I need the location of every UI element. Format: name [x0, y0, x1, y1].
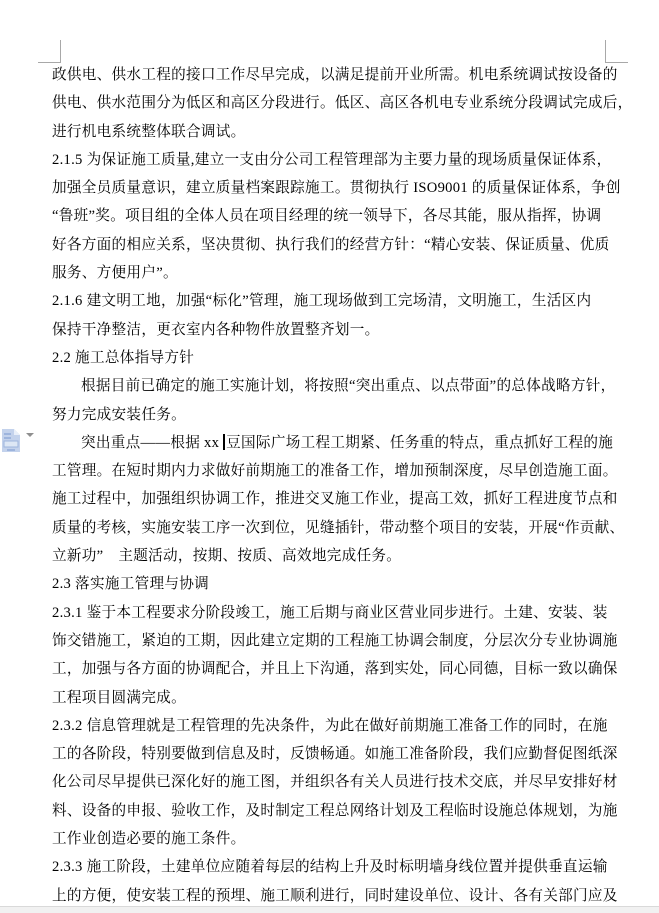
text-line: 施工过程中，加强组织协调工作，推进交叉施工作业，提高工效，抓好工程进度节点和: [52, 485, 614, 513]
text-line: 料、设备的申报、验收工作，及时制定工程总网络计划及工程临时设施总体规划，为施: [52, 797, 614, 825]
margin-crop-mark-right: [605, 40, 628, 63]
text-line: 努力完成安装任务。: [52, 401, 614, 429]
text-cursor: [223, 434, 225, 450]
text-line: 立新功” 主题活动，按期、按质、高效地完成任务。: [52, 542, 614, 570]
document-text-area[interactable]: 政供电、供水工程的接口工作尽早完成，以满足提前开业所需。机电系统调试按设备的 供…: [52, 61, 614, 910]
horizontal-scrollbar[interactable]: [0, 906, 659, 913]
text-line: 工管理。在短时期内力求做好前期施工的准备工作，增加预制深度，尽早创造施工面。: [52, 457, 614, 485]
text-line: 化公司尽早提供已深化好的施工图，并组织各有关人员进行技术交底，并尽早安排好材: [52, 768, 614, 796]
text-line: 工，加强与各方面的协调配合，并且上下沟通，落到实处，同心同德，目标一致以确保: [52, 655, 614, 683]
text-line: 政供电、供水工程的接口工作尽早完成，以满足提前开业所需。机电系统调试按设备的: [52, 61, 614, 89]
paste-options-widget[interactable]: [1, 428, 37, 454]
margin-crop-mark-left: [38, 40, 61, 63]
text-line: 加强全员质量意识，建立质量档案跟踪施工。贯彻执行 ISO9001 的质量保证体系…: [52, 174, 614, 202]
document-with-lines-icon: [1, 428, 23, 454]
text-line: 进行机电系统整体联合调试。: [52, 118, 614, 146]
text-line: 饰交错施工，紧迫的工期，因此建立定期的工程施工协调会制度，分层次分专业协调施: [52, 627, 614, 655]
text-line: 2.3.3 施工阶段，土建单位应随着每层的结构上升及时标明墙身线位置并提供垂直运…: [52, 853, 614, 881]
text-line: 好各方面的相应关系，坚决贯彻、执行我们的经营方针：“精心安装、保证质量、优质: [52, 231, 614, 259]
text-before-cursor: 突出重点——根据 xx: [81, 435, 223, 451]
text-line: 2.3.1 鉴于本工程要求分阶段竣工，施工后期与商业区营业同步进行。土建、安装、…: [52, 599, 614, 627]
text-line: 工程项目圆满完成。: [52, 684, 614, 712]
text-line: 根据目前已确定的施工实施计划，将按照“突出重点、以点带面”的总体战略方针，: [52, 372, 614, 400]
text-line: 工作业创造必要的施工条件。: [52, 825, 614, 853]
text-line: 2.1.6 建文明工地，加强“标化”管理，施工现场做到工完场清，文明施工，生活区…: [52, 287, 614, 315]
text-line-with-cursor: 突出重点——根据 xx 豆国际广场工程工期紧、任务重的特点，重点抓好工程的施: [52, 429, 614, 457]
text-line: “鲁班”奖。项目组的全体人员在项目经理的统一领导下，各尽其能，服从指挥，协调: [52, 202, 614, 230]
dropdown-arrow-icon: [26, 437, 35, 455]
section-heading: 2.3 落实施工管理与协调: [52, 570, 614, 598]
text-line: 供电、供水范围分为低区和高区分段进行。低区、高区各机电专业系统分段调试完成后，: [52, 89, 614, 117]
section-heading: 2.2 施工总体指导方针: [52, 344, 614, 372]
text-line: 质量的考核，实施安装工序一次到位，见缝插针，带动整个项目的安装，开展“作贡献、: [52, 514, 614, 542]
text-line: 工的各阶段，特别要做到信息及时，反馈畅通。如施工准备阶段，我们应勤督促图纸深: [52, 740, 614, 768]
text-line: 2.1.5 为保证施工质量,建立一支由分公司工程管理部为主要力量的现场质量保证体…: [52, 146, 614, 174]
text-line: 2.3.2 信息管理就是工程管理的先决条件，为此在做好前期施工准备工作的同时，在…: [52, 712, 614, 740]
text-after-cursor: 豆国际广场工程工期紧、任务重的特点，重点抓好工程的施: [226, 435, 613, 451]
text-line: 保持干净整洁，更衣室内各种物件放置整齐划一。: [52, 316, 614, 344]
text-line: 服务、方便用户”。: [52, 259, 614, 287]
